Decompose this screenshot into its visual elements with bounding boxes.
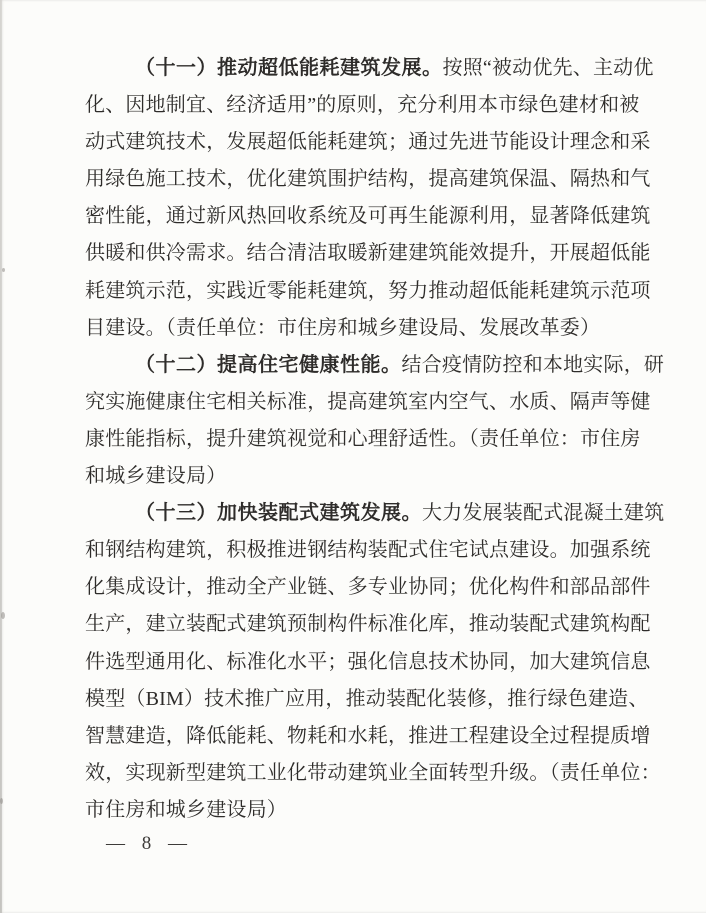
line-text: 按照“被动优先、主动优 [443,57,654,79]
line-text: 究实施健康住宅相关标准，提高建筑室内空气、水质、隔声等健 [85,391,651,413]
text-line: （十三）加快装配式建筑发展。大力发展装配式混凝土建筑 [85,495,647,532]
text-line: 模型（BIM）技术推广应用，推动装配化装修，推行绿色建造、 [85,681,647,718]
text-line: 究实施健康住宅相关标准，提高建筑室内空气、水质、隔声等健 [85,384,647,421]
line-text: 用绿色施工技术，优化建筑围护结构，提高建筑保温、隔热和气 [85,168,651,190]
paragraph-lead: （十二）提高住宅健康性能。 [135,354,402,376]
line-text: 目建设。（责任单位：市住房和城乡建设局、发展改革委） [85,317,600,339]
line-text: 耗建筑示范，实践近零能耗建筑，努力推动超低能耗建筑示范项 [85,280,651,302]
line-text: 生产，建立装配式建筑预制构件标准化库，推动装配式建筑构配 [85,613,651,635]
text-line: 供暖和供冷需求。结合清洁取暖新建建筑能效提升，开展超低能 [85,235,647,272]
line-text: 康性能指标，提升建筑视觉和心理舒适性。（责任单位：市住房 [85,428,641,450]
scan-speck [2,268,5,272]
text-line: 和钢结构建筑，积极推进钢结构装配式住宅试点建设。加强系统 [85,532,647,569]
text-line: （十二）提高住宅健康性能。结合疫情防控和本地实际，研 [85,347,647,384]
text-line: 密性能，通过新风热回收系统及可再生能源利用，显著降低建筑 [85,198,647,235]
text-line: 化、因地制宜、经济适用”的原则，充分利用本市绿色建材和被 [85,87,647,124]
line-text: 模型（BIM）技术推广应用，推动装配化装修，推行绿色建造、 [85,688,649,710]
text-line: 智慧建造，降低能耗、物耗和水耗，推进工程建设全过程提质增 [85,718,647,755]
line-text: 件选型通用化、标准化水平；强化信息技术协同，加大建筑信息 [85,651,651,673]
scan-edge-artifact [0,0,2,913]
text-line: 市住房和城乡建设局） [85,792,647,829]
text-line: 和城乡建设局） [85,458,647,495]
text-line: 耗建筑示范，实践近零能耗建筑，努力推动超低能耗建筑示范项 [85,273,647,310]
text-line: 化集成设计，推动全产业链、多专业协同；优化构件和部品部件 [85,569,647,606]
line-text: 智慧建造，降低能耗、物耗和水耗，推进工程建设全过程提质增 [85,725,651,747]
text-line: 效，实现新型建筑工业化带动建筑业全面转型升级。（责任单位： [85,755,647,792]
page-number: — 8 — [106,832,193,856]
scan-speck [0,798,3,804]
text-line: 目建设。（责任单位：市住房和城乡建设局、发展改革委） [85,310,647,347]
text-line: 生产，建立装配式建筑预制构件标准化库，推动装配式建筑构配 [85,606,647,643]
text-line: 动式建筑技术，发展超低能耗建筑；通过先进节能设计理念和采 [85,124,647,161]
line-text: 供暖和供冷需求。结合清洁取暖新建建筑能效提升，开展超低能 [85,242,651,264]
line-text: 和城乡建设局） [85,465,226,487]
paragraph-lead: （十三）加快装配式建筑发展。 [135,502,422,524]
line-text: 结合疫情防控和本地实际，研 [402,354,665,376]
line-text: 市住房和城乡建设局） [85,799,287,821]
line-text: 大力发展装配式混凝土建筑 [422,502,664,524]
text-line: （十一）推动超低能耗建筑发展。按照“被动优先、主动优 [85,50,647,87]
line-text: 效，实现新型建筑工业化带动建筑业全面转型升级。（责任单位： [85,762,661,784]
line-text: 动式建筑技术，发展超低能耗建筑；通过先进节能设计理念和采 [85,131,651,153]
paragraph-lead: （十一）推动超低能耗建筑发展。 [135,57,443,79]
text-line: 用绿色施工技术，优化建筑围护结构，提高建筑保温、隔热和气 [85,161,647,198]
text-line: 件选型通用化、标准化水平；强化信息技术协同，加大建筑信息 [85,644,647,681]
line-text: 化、因地制宜、经济适用”的原则，充分利用本市绿色建材和被 [85,94,639,116]
scan-speck [1,612,5,619]
document-page: （十一）推动超低能耗建筑发展。按照“被动优先、主动优化、因地制宜、经济适用”的原… [0,0,706,913]
line-text: 和钢结构建筑，积极推进钢结构装配式住宅试点建设。加强系统 [85,539,651,561]
document-text: （十一）推动超低能耗建筑发展。按照“被动优先、主动优化、因地制宜、经济适用”的原… [85,50,647,829]
line-text: 密性能，通过新风热回收系统及可再生能源利用，显著降低建筑 [85,205,651,227]
text-line: 康性能指标，提升建筑视觉和心理舒适性。（责任单位：市住房 [85,421,647,458]
line-text: 化集成设计，推动全产业链、多专业协同；优化构件和部品部件 [85,576,651,598]
